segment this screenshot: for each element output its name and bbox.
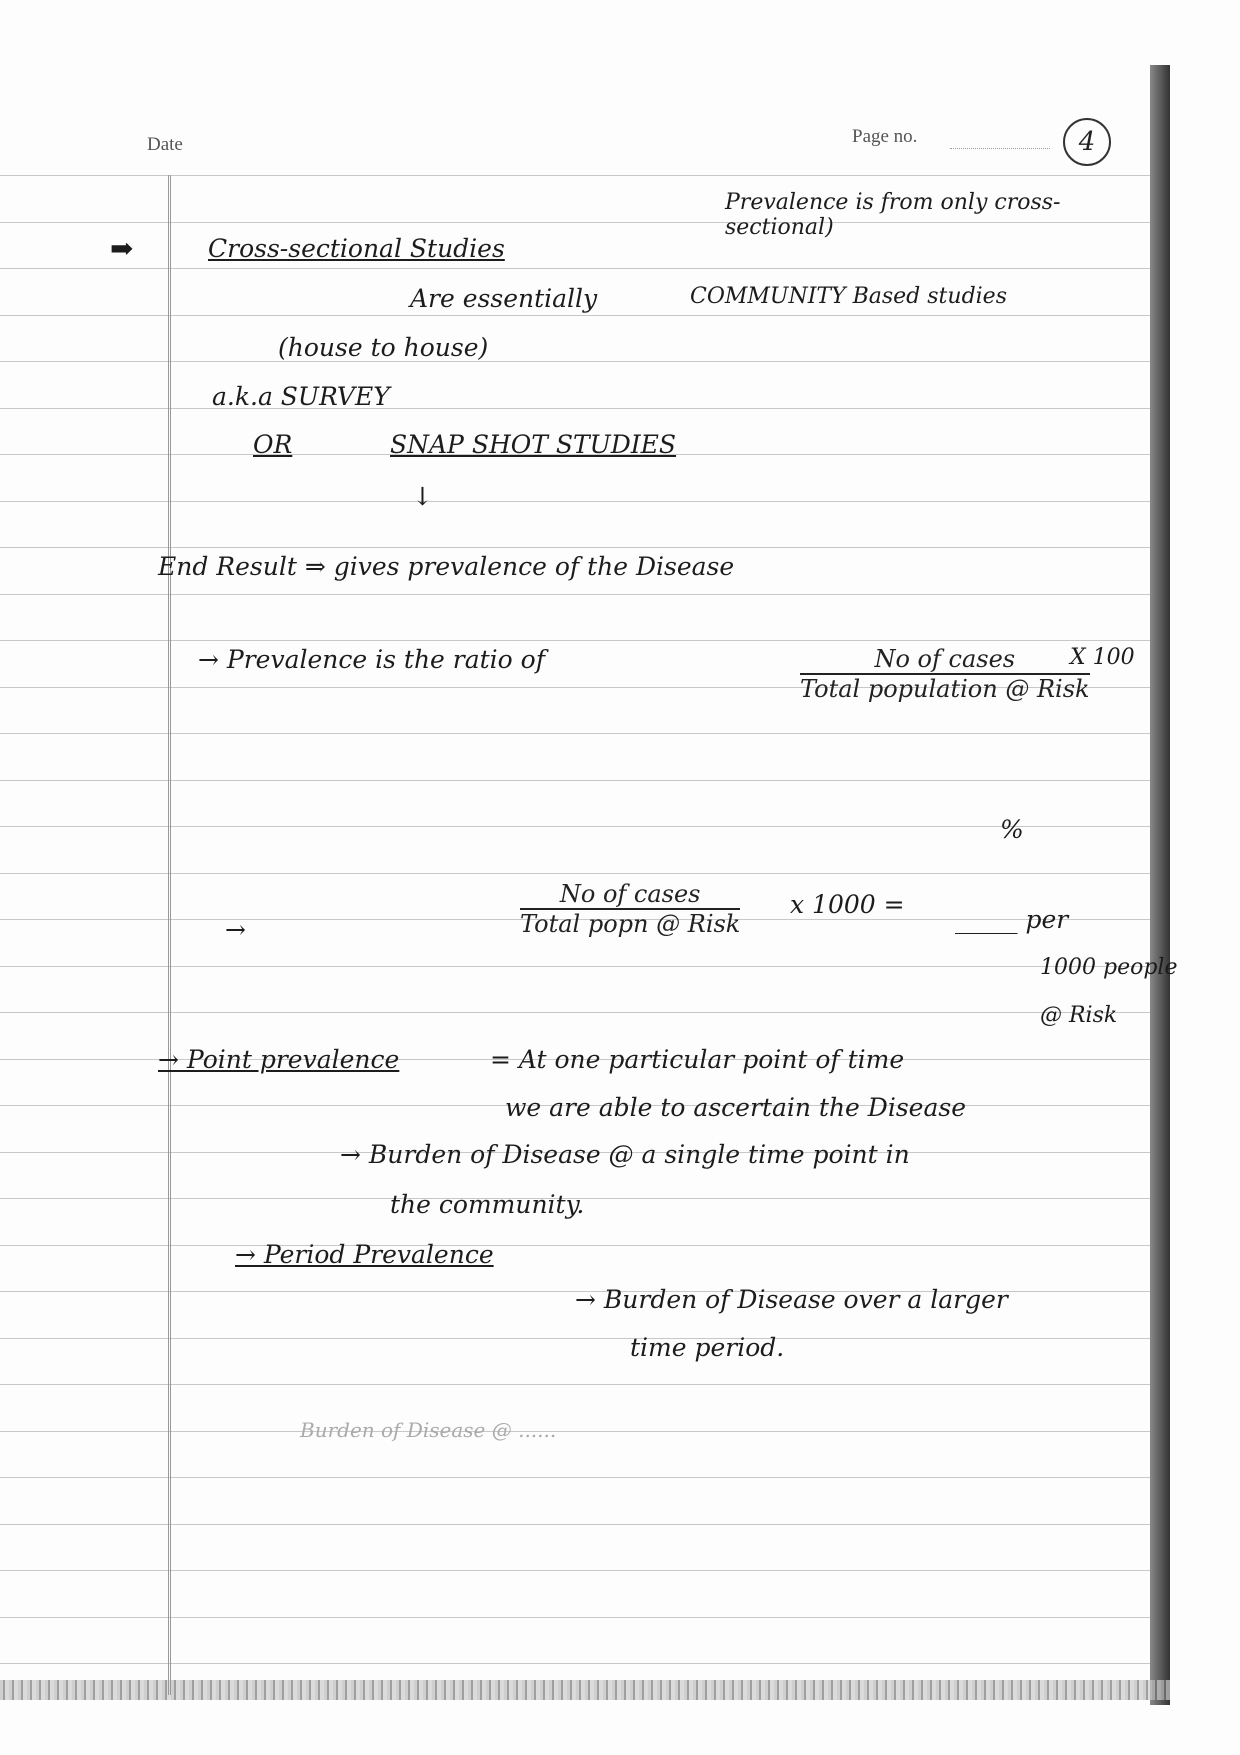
ruled-line (0, 826, 1150, 827)
rate-fraction: No of cases Total popn @ Risk (520, 880, 740, 938)
ruled-line (0, 1663, 1150, 1664)
ruled-line (0, 873, 1150, 874)
note-line: a.k.a SURVEY (212, 382, 390, 411)
ruled-line (0, 361, 1150, 362)
ruled-line (0, 733, 1150, 734)
ruled-line (0, 501, 1150, 502)
ruled-line (0, 640, 1150, 641)
ruled-line (0, 547, 1150, 548)
arrow-down-icon: ↓ (412, 482, 433, 511)
page-edge-shadow (1150, 65, 1170, 1705)
note-line: = At one particular point of time (490, 1045, 904, 1074)
note-line: X 100 (1070, 645, 1135, 670)
ruled-line (0, 175, 1150, 176)
ruled-line (0, 1012, 1150, 1013)
note-line: → Prevalence is the ratio of (198, 645, 545, 674)
note-line: time period. (630, 1333, 784, 1362)
ruled-line (0, 1431, 1150, 1432)
note-line: 1000 people (1040, 955, 1177, 980)
note-line: (house to house) (278, 333, 488, 362)
ruled-line (0, 780, 1150, 781)
note-line: SNAP SHOT STUDIES (390, 430, 676, 459)
ruled-line (0, 1570, 1150, 1571)
note-line: % (1000, 815, 1024, 844)
scan-noise-strip (0, 1680, 1170, 1700)
ruled-line (0, 408, 1150, 409)
margin-line (168, 175, 172, 1695)
note-line: the community. (390, 1190, 584, 1219)
ruled-line (0, 1384, 1150, 1385)
date-label: Date (147, 134, 183, 156)
note-line: → Point prevalence (158, 1045, 399, 1074)
ruled-line (0, 1477, 1150, 1478)
ruled-line (0, 966, 1150, 967)
note-line: @ Risk (1040, 1003, 1117, 1028)
ruled-line (0, 268, 1150, 269)
prevalence-fraction: No of cases Total population @ Risk (800, 645, 1090, 703)
page-no-line (950, 148, 1050, 149)
note-line: → Period Prevalence (235, 1240, 494, 1269)
faint-note: Burden of Disease @ ...... (300, 1418, 556, 1442)
ruled-line (0, 1524, 1150, 1525)
note-line: OR (253, 430, 292, 459)
side-note: Prevalence is from only cross-sectional) (725, 190, 1125, 240)
arrow-icon: → (225, 915, 246, 944)
section-title: Cross-sectional Studies (208, 234, 505, 263)
ruled-line (0, 1617, 1150, 1618)
note-line: COMMUNITY Based studies (690, 284, 1007, 309)
page-no-label: Page no. (852, 126, 917, 148)
note-line: we are able to ascertain the Disease (505, 1093, 966, 1122)
note-line: _____ per (955, 905, 1068, 934)
note-line: → Burden of Disease over a larger (575, 1285, 1008, 1314)
ruled-line (0, 1338, 1150, 1339)
note-line: End Result ⇒ gives prevalence of the Dis… (158, 552, 734, 581)
arrow-icon: ➡ (110, 232, 133, 265)
ruled-line (0, 1245, 1150, 1246)
ruled-line (0, 315, 1150, 316)
notebook-page: Date Page no. 4 ➡ Cross-sectional Studie… (0, 0, 1240, 1755)
page-number: 4 (1063, 118, 1111, 166)
note-line: Are essentially (410, 284, 597, 313)
ruled-line (0, 594, 1150, 595)
note-line: → Burden of Disease @ a single time poin… (340, 1140, 910, 1169)
note-line: x 1000 = (790, 890, 905, 919)
